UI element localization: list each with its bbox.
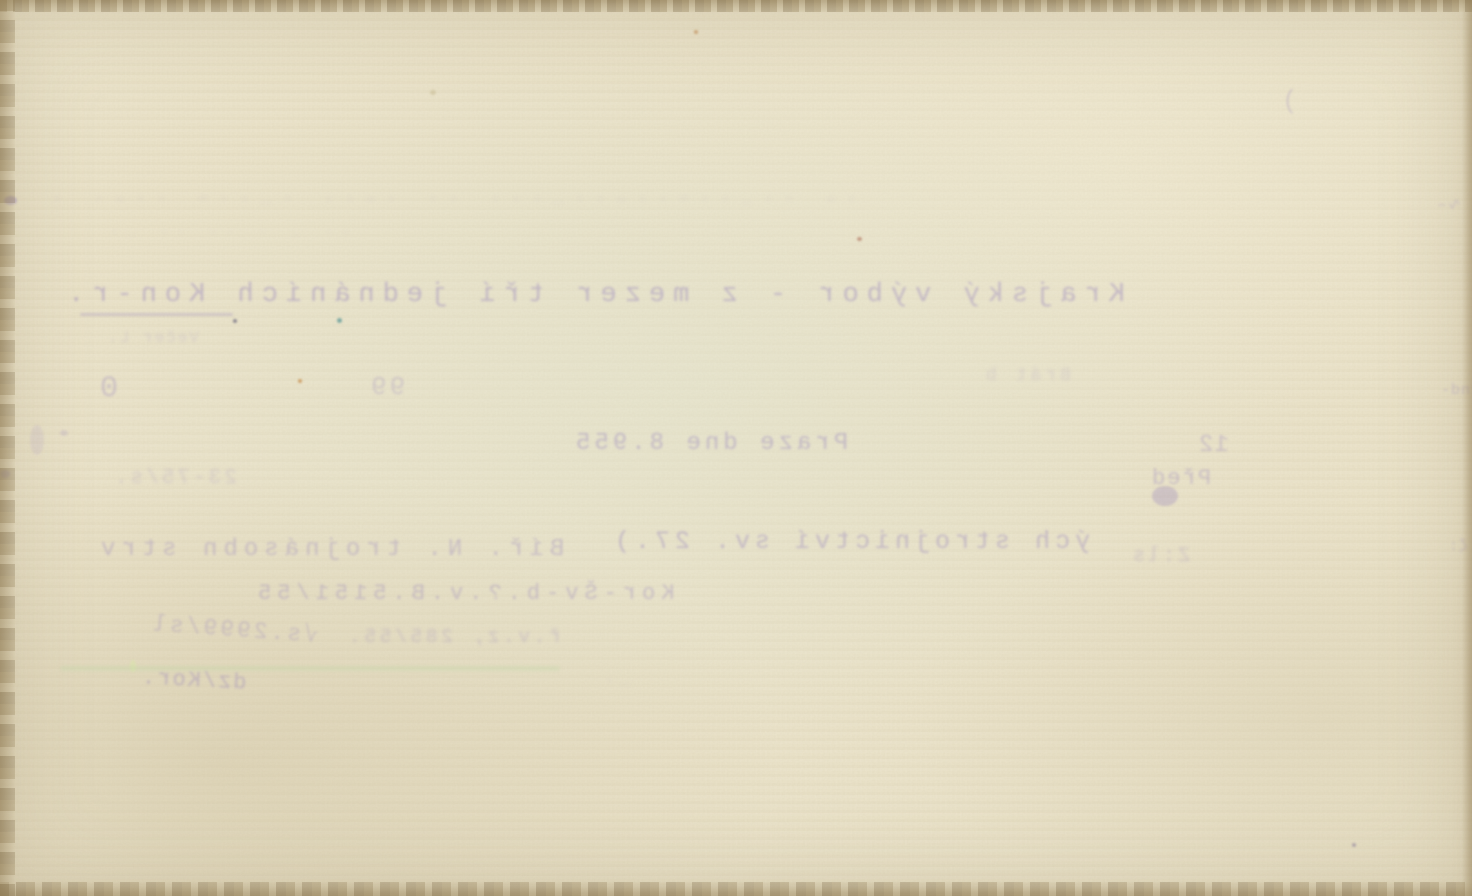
- ink-speck: [298, 379, 302, 383]
- ink-speck: [4, 196, 17, 205]
- ghost-smudge-row-2: –· ‥ · ·– ·· ‥·: [102, 224, 350, 241]
- green-fiber-streak: [60, 666, 560, 671]
- ghost-edge-mark-3: ζ:: [1448, 538, 1468, 555]
- ghost-fold-mark: (: [1282, 86, 1298, 116]
- ghost-longline-b: ých strojnictví sv. 27.): [610, 527, 1090, 556]
- ghost-digits-99: 99: [368, 372, 405, 402]
- ink-speck: [30, 425, 44, 455]
- ghost-edge-mark-1: ∿–: [1436, 194, 1461, 214]
- ghost-typeline-main: Krajský výbor - z mezer tří jednáních Ko…: [60, 280, 1125, 310]
- ink-speck: [1352, 843, 1356, 847]
- ghost-longline-c: Z:ls: [1130, 545, 1190, 568]
- ghost-underline: [80, 313, 233, 316]
- scanned-document-page: ·– ··‥··~··–··‥··· ·· ·–·· ·‥··~ ··–· ·–…: [0, 0, 1472, 896]
- ghost-digit-zero: 0: [100, 372, 118, 406]
- ghost-edge-mark-2: 2nd-: [1440, 382, 1472, 399]
- fiber-speck: [430, 90, 436, 95]
- ink-blot: [1152, 486, 1178, 506]
- ghost-word-small: Večer L.: [106, 329, 199, 347]
- ink-speck: [0, 470, 10, 478]
- ink-speck: [60, 430, 68, 436]
- ghost-praze-date-line: Praze dne 8.955: [572, 430, 848, 457]
- ghost-longline-a: Bíř. N. trojnásobn strv: [95, 536, 564, 563]
- ghost-smudge-mid-right: Brát b: [982, 366, 1071, 386]
- ghost-ref-5151-55: Kor-Šv-b.?.v.B.5151/55: [252, 581, 674, 606]
- ghost-digits-12: 12: [1198, 432, 1229, 459]
- ghost-ref-23-75: 23-75/s.: [112, 467, 237, 490]
- ink-speck: [337, 318, 342, 323]
- ink-speck: [857, 237, 862, 241]
- ghost-smudge-row-top: ·– ··‥··~··–··‥··· ·· ·–·· ·‥··~ ··–· ·: [42, 188, 857, 210]
- ink-speck: [694, 30, 698, 34]
- ink-speck: [233, 319, 237, 323]
- ghost-ref-285-55: ř.v.z, 285/55.: [345, 626, 561, 648]
- ghost-faint-dots-bottom: ‥·: [600, 670, 631, 692]
